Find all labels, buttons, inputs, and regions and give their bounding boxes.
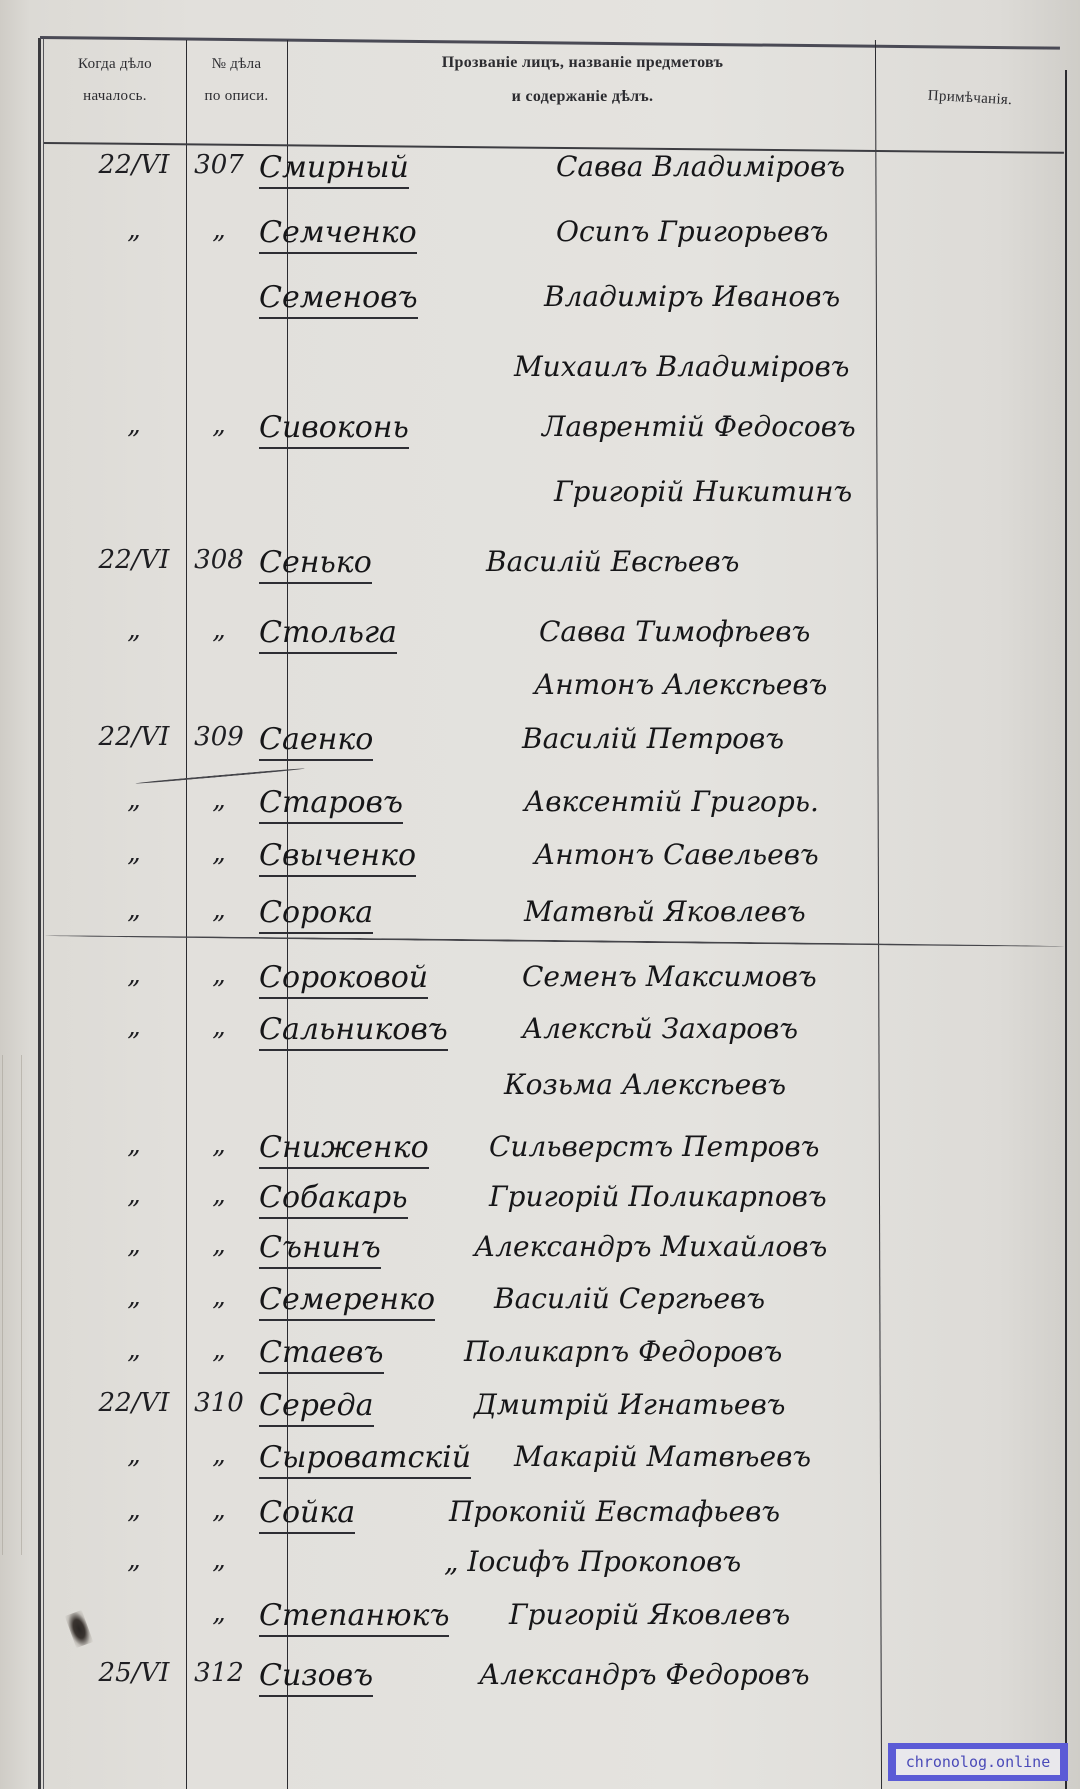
entry-date: „ bbox=[84, 1495, 184, 1525]
table-row: Козьма Алексѣевъ bbox=[44, 1068, 1044, 1124]
table-row: Семеновъ Владиміръ Ивановъ bbox=[44, 280, 1044, 336]
entry-number: „ bbox=[174, 1545, 264, 1575]
entry-date: „ bbox=[84, 1545, 184, 1575]
table-row: „ „ Собакарь Григорій Поликарповъ bbox=[44, 1180, 1044, 1236]
entry-number: „ bbox=[174, 1130, 264, 1160]
entry-number: „ bbox=[174, 1440, 264, 1470]
entry-number: „ bbox=[174, 785, 264, 815]
entry-surname: Семеренко bbox=[259, 1282, 435, 1321]
entry-date: 22/VI bbox=[84, 1388, 184, 1418]
entry-date: „ bbox=[84, 1335, 184, 1365]
entry-date: „ bbox=[84, 1282, 184, 1312]
entry-date: „ bbox=[84, 1440, 184, 1470]
entry-number: „ bbox=[174, 1012, 264, 1042]
entry-number: 309 bbox=[174, 722, 264, 752]
entry-surname: Стаевъ bbox=[259, 1335, 384, 1374]
entry-given-name: Михаилъ Владиміровъ bbox=[514, 350, 849, 383]
entry-date: „ bbox=[84, 960, 184, 990]
entry-surname: Собакарь bbox=[259, 1180, 408, 1219]
header-date-column: Когда дѣло началось. bbox=[44, 48, 186, 112]
entry-surname: Сойка bbox=[259, 1495, 355, 1534]
entry-given-name: Козьма Алексѣевъ bbox=[504, 1068, 786, 1101]
entry-surname: Саенко bbox=[259, 722, 373, 761]
table-row: Антонъ Алексѣевъ bbox=[44, 668, 1044, 724]
entry-given-name: Антонъ Алексѣевъ bbox=[534, 668, 827, 701]
entry-given-name: Матвѣй Яковлевъ bbox=[524, 895, 806, 928]
header-content-line1: Прозваніе лицъ, названіе предметовъ bbox=[287, 46, 878, 80]
table-row: 22/VI 308 Сенько Василій Евсѣевъ bbox=[44, 545, 1044, 601]
header-date-line2: началось. bbox=[44, 80, 186, 112]
entry-number: 307 bbox=[174, 150, 264, 180]
table-row: „ „ Сорока Матвѣй Яковлевъ bbox=[44, 895, 1044, 951]
entry-given-name: Александръ Михайловъ bbox=[474, 1230, 827, 1263]
entry-given-name: Антонъ Савельевъ bbox=[534, 838, 819, 871]
entry-given-name: Сильверстъ Петровъ bbox=[489, 1130, 819, 1163]
entry-number: „ bbox=[174, 615, 264, 645]
entry-number: „ bbox=[174, 1495, 264, 1525]
entry-number: 310 bbox=[174, 1388, 264, 1418]
entry-given-name: Василій Сергѣевъ bbox=[494, 1282, 765, 1315]
entry-surname: Сыроватскій bbox=[259, 1440, 471, 1479]
watermark-text: chronolog.online bbox=[896, 1749, 1060, 1775]
entry-surname: Сороковой bbox=[259, 960, 428, 999]
entry-date: 25/VI bbox=[84, 1658, 184, 1688]
header-content-column: Прозваніе лицъ, названіе предметовъ и со… bbox=[287, 46, 878, 114]
header-number-line2: по описи. bbox=[186, 80, 287, 112]
entry-surname: Старовъ bbox=[259, 785, 403, 824]
table-row: „ „ Сороковой Семенъ Максимовъ bbox=[44, 960, 1044, 1016]
entry-given-name: Владиміръ Ивановъ bbox=[544, 280, 840, 313]
entry-given-name: Григорій Поликарповъ bbox=[489, 1180, 827, 1213]
entry-given-name: Александръ Федоровъ bbox=[479, 1658, 810, 1691]
table-row: „ „ Стаевъ Поликарпъ Федоровъ bbox=[44, 1335, 1044, 1391]
entry-number: 312 bbox=[174, 1658, 264, 1688]
entry-surname: Семченко bbox=[259, 215, 417, 254]
table-row: „ „ Семченко Осипъ Григорьевъ bbox=[44, 215, 1044, 271]
table-row: „ „ Семеренко Василій Сергѣевъ bbox=[44, 1282, 1044, 1338]
adjacent-page-edge bbox=[2, 1055, 22, 1555]
header-notes-column: Примѣчанія. bbox=[879, 77, 1060, 118]
entry-date: „ bbox=[84, 410, 184, 440]
entry-date: „ bbox=[84, 895, 184, 925]
entry-given-name: Григорій Никитинъ bbox=[554, 475, 852, 508]
header-number-line1: № дѣла bbox=[186, 48, 287, 80]
entry-number: „ bbox=[174, 1282, 264, 1312]
entry-given-name: Василій Евсѣевъ bbox=[486, 545, 739, 578]
table-row: „ „ Сивоконь Лаврентій Федосовъ bbox=[44, 410, 1044, 466]
entry-surname: Смирный bbox=[259, 150, 409, 189]
entry-date: „ bbox=[84, 1180, 184, 1210]
entry-number: „ bbox=[174, 960, 264, 990]
entry-given-name: Савва Тимофѣевъ bbox=[539, 615, 810, 648]
entry-date: „ bbox=[84, 215, 184, 245]
scanned-register-page: Когда дѣло началось. № дѣла по описи. Пр… bbox=[0, 0, 1080, 1789]
table-row: „ „ Старовъ Авксентій Григорь. bbox=[44, 785, 1044, 841]
entry-surname: Семеновъ bbox=[259, 280, 418, 319]
entry-given-name: Василій Петровъ bbox=[522, 722, 784, 755]
entry-date: „ bbox=[84, 785, 184, 815]
entry-number: „ bbox=[174, 1335, 264, 1365]
entry-given-name: Авксентій Григорь. bbox=[524, 785, 819, 818]
entry-given-name: „ Іосифъ Прокоповъ bbox=[444, 1545, 741, 1578]
entry-given-name: Савва Владиміровъ bbox=[556, 150, 845, 183]
entry-date: „ bbox=[84, 615, 184, 645]
table-row: „ „ Сыроватскій Макарій Матвѣевъ bbox=[44, 1440, 1044, 1496]
entry-given-name: Лаврентій Федосовъ bbox=[542, 410, 856, 443]
entry-given-name: Семенъ Максимовъ bbox=[522, 960, 817, 993]
header-content-line2: и содержаніе дѣлъ. bbox=[287, 80, 878, 114]
entry-surname: Сальниковъ bbox=[259, 1012, 448, 1051]
table-row: „ „ Сальниковъ Алексѣй Захаровъ bbox=[44, 1012, 1044, 1068]
table-row: 22/VI 309 Саенко Василій Петровъ bbox=[44, 722, 1044, 778]
table-row: 22/VI 307 Смирный Савва Владиміровъ bbox=[44, 150, 1044, 206]
entry-given-name: Осипъ Григорьевъ bbox=[556, 215, 828, 248]
entry-surname: Сорока bbox=[259, 895, 373, 934]
entry-surname: Сивоконь bbox=[259, 410, 409, 449]
entry-number: „ bbox=[174, 1230, 264, 1260]
entry-surname: Середа bbox=[259, 1388, 374, 1427]
entry-date: „ bbox=[84, 1230, 184, 1260]
table-row: „ „ Стольга Савва Тимофѣевъ bbox=[44, 615, 1044, 671]
header-notes-label: Примѣчанія. bbox=[879, 77, 1060, 118]
entry-surname: Сниженко bbox=[259, 1130, 429, 1169]
entry-surname: Сенько bbox=[259, 545, 372, 584]
table-row: Григорій Никитинъ bbox=[44, 475, 1044, 531]
entry-number: „ bbox=[174, 1180, 264, 1210]
entry-date: „ bbox=[84, 1012, 184, 1042]
table-row: 25/VI 312 Сизовъ Александръ Федоровъ bbox=[44, 1658, 1044, 1714]
entry-given-name: Прокопій Евстафьевъ bbox=[449, 1495, 780, 1528]
entry-given-name: Григорій Яковлевъ bbox=[509, 1598, 790, 1631]
table-row: „ Степанюкъ Григорій Яковлевъ bbox=[44, 1598, 1044, 1654]
header-number-column: № дѣла по описи. bbox=[186, 48, 287, 112]
table-row: Михаилъ Владиміровъ bbox=[44, 350, 1044, 406]
table-row: „ „ Сънинъ Александръ Михайловъ bbox=[44, 1230, 1044, 1286]
entry-surname: Стольга bbox=[259, 615, 397, 654]
entry-date: 22/VI bbox=[84, 545, 184, 575]
entry-given-name: Алексѣй Захаровъ bbox=[522, 1012, 798, 1045]
entry-given-name: Макарій Матвѣевъ bbox=[514, 1440, 811, 1473]
entry-date: 22/VI bbox=[84, 722, 184, 752]
entry-surname: Сизовъ bbox=[259, 1658, 373, 1697]
table-row: „ „ Сниженко Сильверстъ Петровъ bbox=[44, 1130, 1044, 1186]
entry-surname: Сънинъ bbox=[259, 1230, 381, 1269]
header-date-line1: Когда дѣло bbox=[44, 48, 186, 80]
table-row: „ „ „ Іосифъ Прокоповъ bbox=[44, 1545, 1044, 1601]
entry-surname: Степанюкъ bbox=[259, 1598, 449, 1637]
entry-surname: Свыченко bbox=[259, 838, 416, 877]
entry-given-name: Дмитрій Игнатьевъ bbox=[474, 1388, 785, 1421]
entry-number: „ bbox=[174, 215, 264, 245]
table-row: „ „ Свыченко Антонъ Савельевъ bbox=[44, 838, 1044, 894]
watermark-badge: chronolog.online bbox=[888, 1743, 1068, 1781]
entry-date: 22/VI bbox=[84, 150, 184, 180]
entry-number: „ bbox=[174, 838, 264, 868]
entry-number: „ bbox=[174, 1598, 264, 1628]
entry-number: 308 bbox=[174, 545, 264, 575]
entry-number: „ bbox=[174, 895, 264, 925]
table-row: 22/VI 310 Середа Дмитрій Игнатьевъ bbox=[44, 1388, 1044, 1444]
table-row: „ „ Сойка Прокопій Евстафьевъ bbox=[44, 1495, 1044, 1551]
entry-date: „ bbox=[84, 838, 184, 868]
entry-date: „ bbox=[84, 1130, 184, 1160]
entry-number: „ bbox=[174, 410, 264, 440]
entry-given-name: Поликарпъ Федоровъ bbox=[464, 1335, 782, 1368]
table-right-border bbox=[1065, 70, 1067, 1789]
